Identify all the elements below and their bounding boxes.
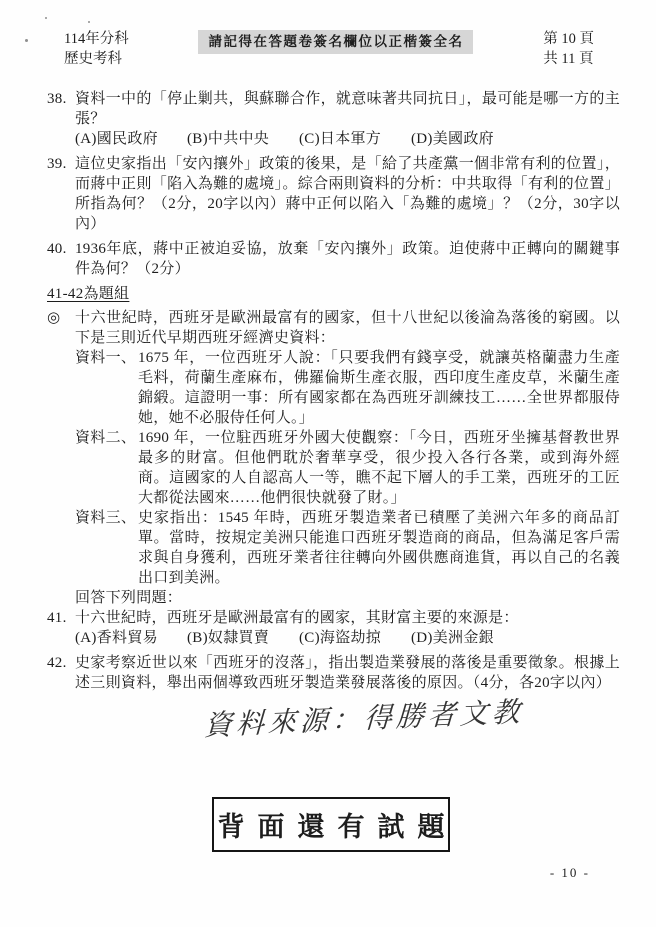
option-c: (C)海盜劫掠 (299, 628, 411, 648)
options-row: (A)香料貿易 (B)奴隸買賣 (C)海盜劫掠 (D)美洲金銀 (75, 628, 620, 648)
source-label: 資料一、 (75, 348, 138, 428)
question-39: 39. 這位史家指出「安內攘外」政策的後果，是「給了共產黨一個非常有利的位置」，… (47, 154, 620, 234)
scan-speck (25, 39, 28, 42)
option-a: (A)國民政府 (75, 129, 187, 149)
option-d: (D)美洲金銀 (411, 628, 494, 648)
question-text: 史家考察近世以來「西班牙的沒落」，指出製造業發展的落後是重要徵象。根據上述三則資… (75, 653, 620, 693)
group-intro: ◎ 十六世紀時，西班牙是歐洲最富有的國家，但十八世紀以後淪為落後的窮國。以下是三… (47, 308, 620, 348)
question-text: 十六世紀時，西班牙是歐洲最富有的國家，其財富主要的來源是： (75, 608, 620, 628)
question-38: 38. 資料一中的「停止剿共，與蘇聯合作，就意味著共同抗日」，最可能是哪一方的主… (47, 89, 620, 149)
option-d: (D)美國政府 (411, 129, 494, 149)
question-area: 38. 資料一中的「停止剿共，與蘇聯合作，就意味著共同抗日」，最可能是哪一方的主… (47, 89, 620, 693)
question-number: 38. (47, 89, 75, 149)
back-side-notice-box: 背面還有試題 (212, 797, 450, 852)
answer-prompt: 回答下列問題： (75, 588, 620, 608)
question-42: 42. 史家考察近世以來「西班牙的沒落」，指出製造業發展的落後是重要徵象。根據上… (47, 653, 620, 693)
page-header: 114年分科 歷史考科 請記得在答題卷簽名欄位以正楷簽全名 第 10 頁 共 1… (0, 0, 656, 69)
handwritten-source-note: 資料來源：得勝者文教 (203, 690, 525, 750)
question-number: 39. (47, 154, 75, 234)
exam-year-label: 114年分科 (64, 29, 129, 49)
question-text: 資料一中的「停止剿共，與蘇聯合作，就意味著共同抗日」，最可能是哪一方的主張？ (75, 89, 620, 129)
footer-page-number: - 10 - (550, 865, 590, 881)
source-text: 1675 年，一位西班牙人說：「只要我們有錢享受，就讓英格蘭盡力生產毛料，荷蘭生… (138, 348, 620, 428)
question-text: 這位史家指出「安內攘外」政策的後果，是「給了共產黨一個非常有利的位置」，而蔣中正… (75, 154, 620, 234)
option-a: (A)香料貿易 (75, 628, 187, 648)
signature-notice: 請記得在答題卷簽名欄位以正楷簽全名 (198, 30, 473, 54)
source-text: 史家指出：1545 年時，西班牙製造業者已積壓了美洲六年多的商品訂單。當時，按規… (138, 508, 620, 588)
question-41: 41. 十六世紀時，西班牙是歐洲最富有的國家，其財富主要的來源是： (A)香料貿… (47, 608, 620, 648)
exam-page: 114年分科 歷史考科 請記得在答題卷簽名欄位以正楷簽全名 第 10 頁 共 1… (0, 0, 656, 927)
page-total-label: 共 11 頁 (543, 49, 594, 69)
scan-speck (88, 21, 90, 23)
question-number: 42. (47, 653, 75, 693)
source-3: 資料三、 史家指出：1545 年時，西班牙製造業者已積壓了美洲六年多的商品訂單。… (75, 508, 620, 588)
source-label: 資料三、 (75, 508, 138, 588)
group-intro-marker: ◎ (47, 308, 75, 348)
exam-info: 114年分科 歷史考科 (64, 29, 129, 69)
question-number: 40. (47, 239, 75, 279)
page-current-label: 第 10 頁 (543, 29, 594, 49)
source-2: 資料二、 1690 年，一位駐西班牙外國大使觀察：「今日，西班牙坐擁基督教世界最… (75, 428, 620, 508)
option-b: (B)奴隸買賣 (187, 628, 299, 648)
question-number: 41. (47, 608, 75, 648)
options-row: (A)國民政府 (B)中共中央 (C)日本軍方 (D)美國政府 (75, 129, 620, 149)
question-group-title: 41-42為題組 (47, 284, 620, 304)
question-40: 40. 1936年底，蔣中正被迫妥協，放棄「安內攘外」政策。迫使蔣中正轉向的關鍵… (47, 239, 620, 279)
source-1: 資料一、 1675 年，一位西班牙人說：「只要我們有錢享受，就讓英格蘭盡力生產毛… (75, 348, 620, 428)
option-c: (C)日本軍方 (299, 129, 411, 149)
scan-speck (45, 17, 47, 19)
source-text: 1690 年，一位駐西班牙外國大使觀察：「今日，西班牙坐擁基督教世界最多的財富。… (138, 428, 620, 508)
group-intro-text: 十六世紀時，西班牙是歐洲最富有的國家，但十八世紀以後淪為落後的窮國。以下是三則近… (75, 308, 620, 348)
back-side-notice-text: 背面還有試題 (218, 805, 458, 844)
question-text: 1936年底，蔣中正被迫妥協，放棄「安內攘外」政策。迫使蔣中正轉向的關鍵事件為何… (75, 239, 620, 279)
exam-subject-label: 歷史考科 (64, 49, 129, 69)
page-indicator: 第 10 頁 共 11 頁 (543, 29, 594, 69)
source-label: 資料二、 (75, 428, 138, 508)
option-b: (B)中共中央 (187, 129, 299, 149)
